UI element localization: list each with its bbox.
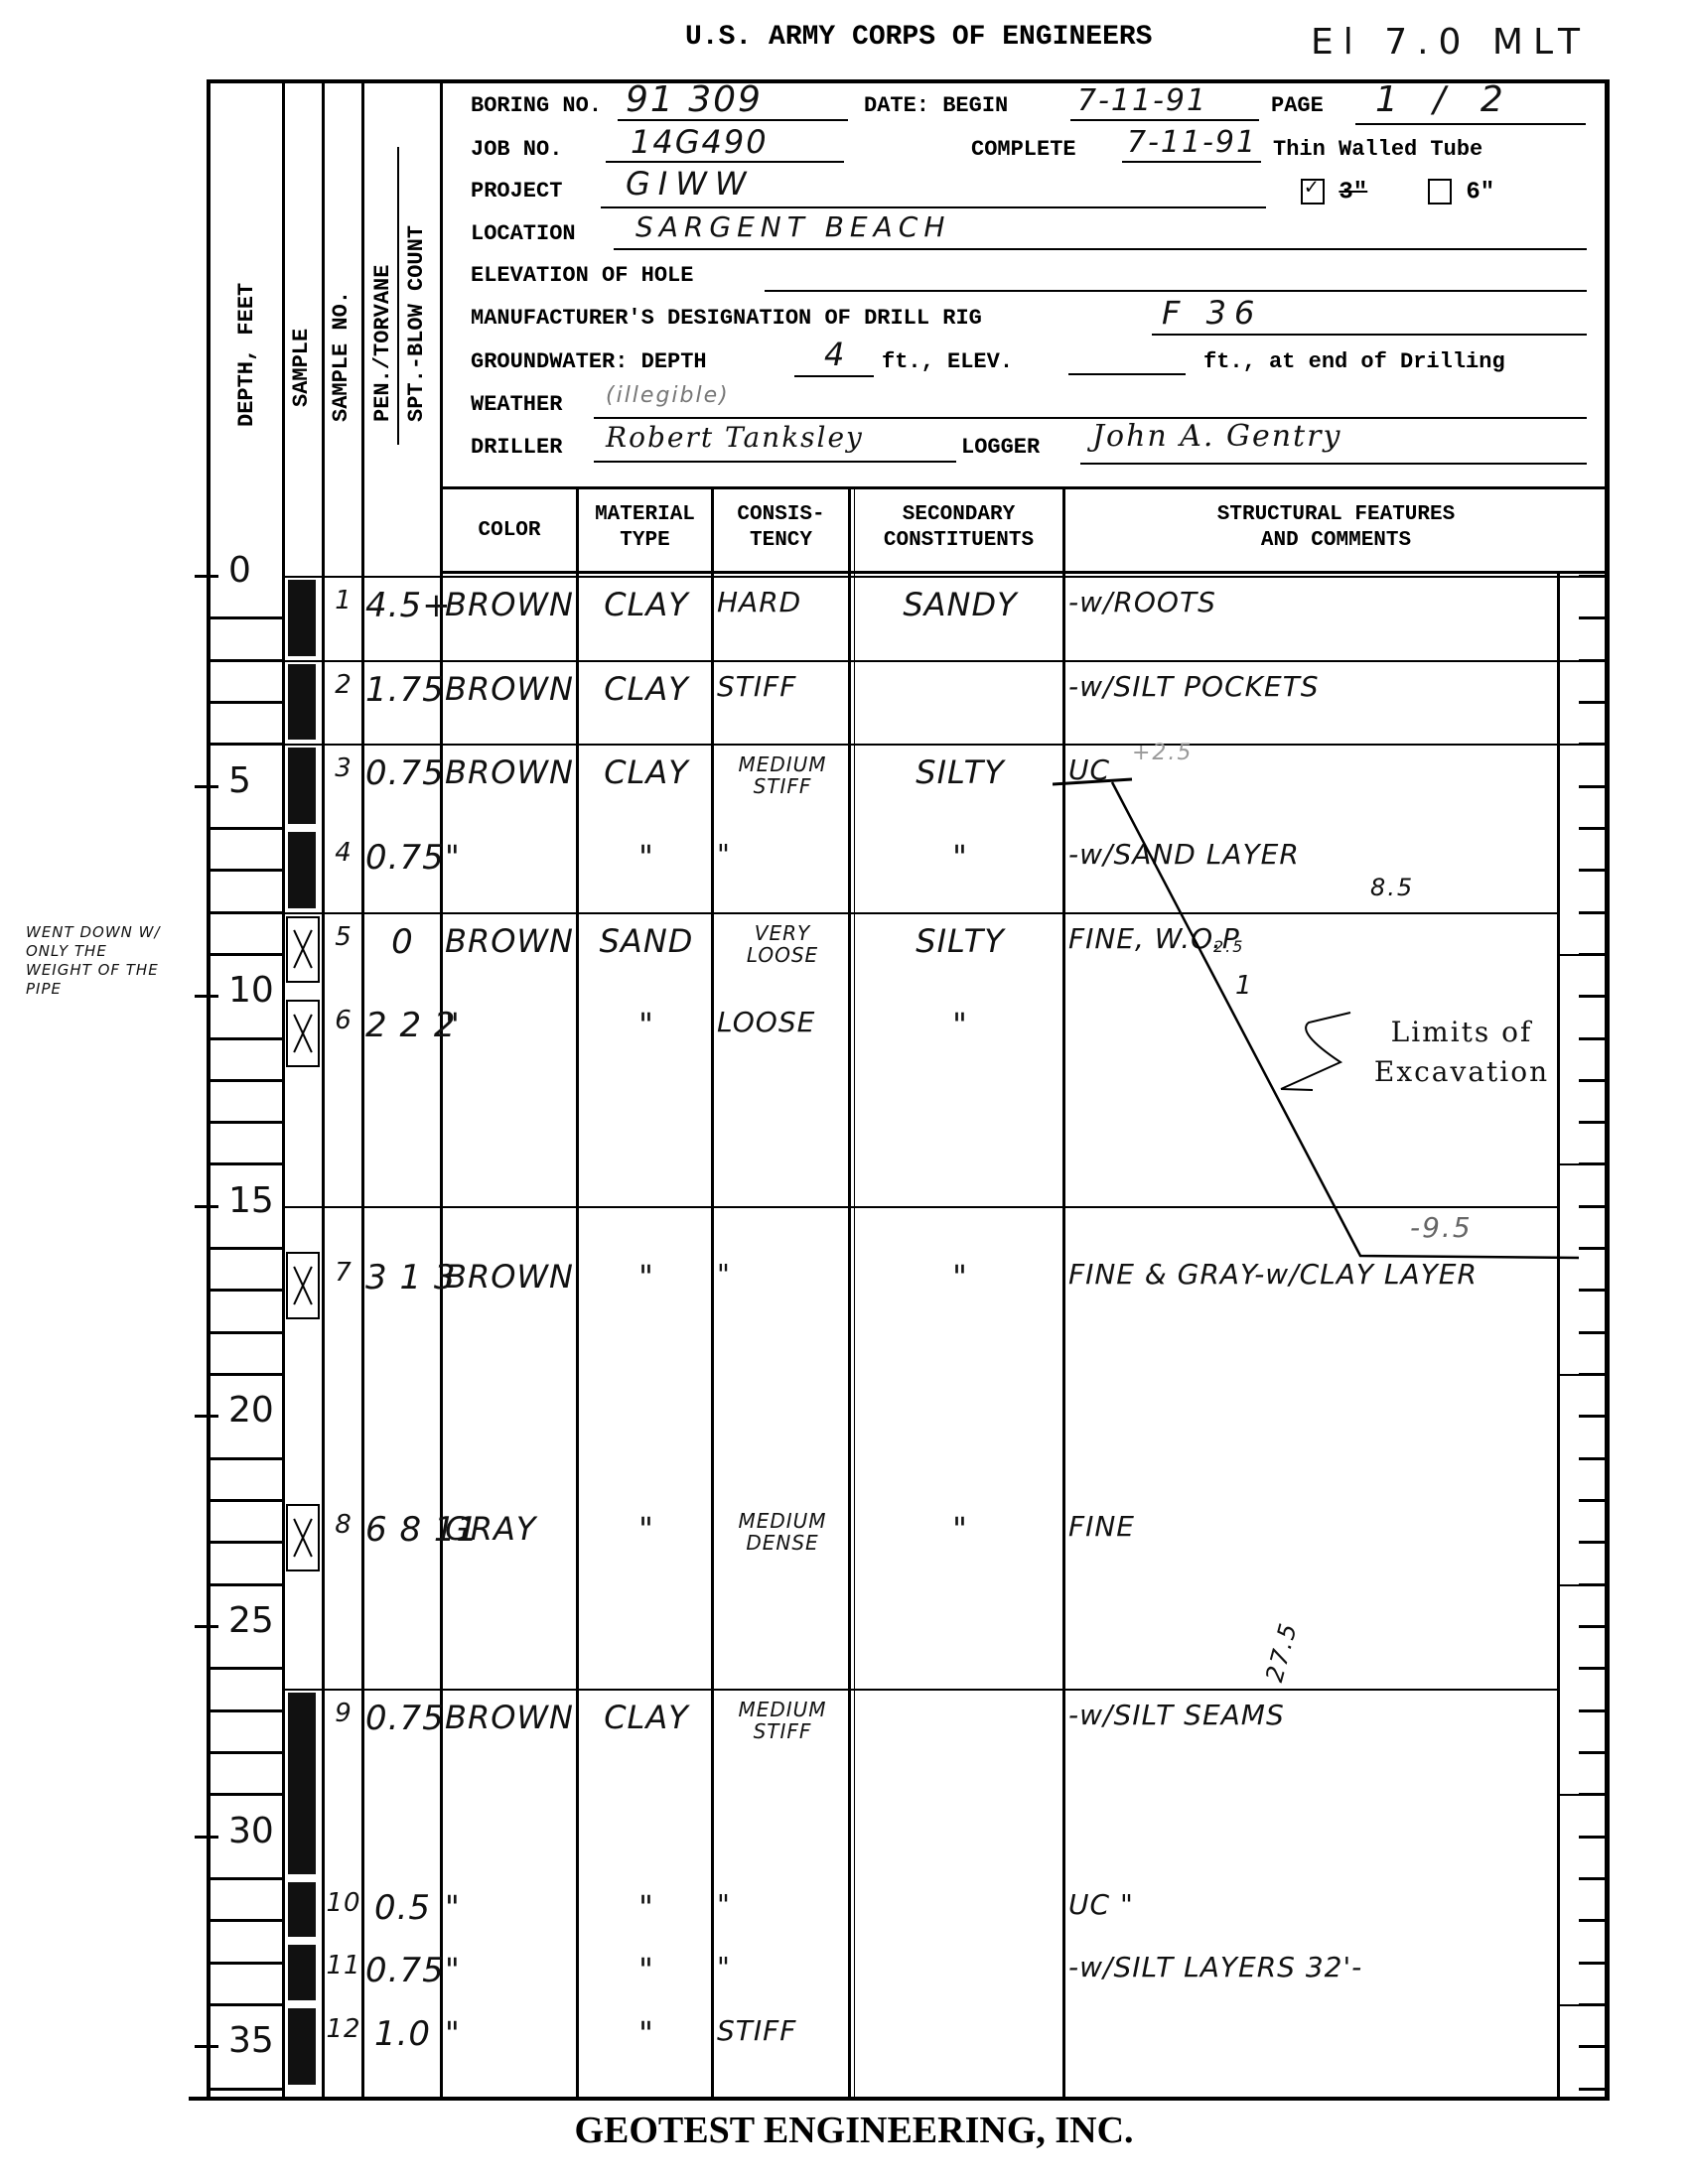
cell-pen: 0.75 — [365, 1699, 440, 1738]
job-no-underline — [606, 161, 844, 163]
scale-tick — [1579, 2045, 1605, 2048]
location-underline — [614, 248, 1587, 250]
spt-sample-marker — [286, 916, 320, 983]
tube-6in-label: 6" — [1466, 179, 1494, 205]
tube-sample-marker — [288, 1945, 316, 1999]
cell-material: SAND — [582, 922, 711, 960]
col-depth-header: DEPTH, FEET — [234, 283, 259, 427]
date-begin-label: DATE: BEGIN — [864, 93, 1008, 118]
cell-consistency: STIFF — [717, 670, 848, 703]
gw-end-label: ft., at end of Drilling — [1203, 349, 1505, 374]
scale-divider — [1557, 576, 1607, 578]
depth-tick — [211, 701, 282, 704]
cell-color: BROWN — [445, 922, 576, 960]
scale-tick — [1579, 1836, 1605, 1839]
col-pen-bottom-header: SPT.-BLOW COUNT — [404, 225, 429, 422]
tube-sample-marker — [288, 664, 316, 741]
cell-material: CLAY — [582, 670, 711, 708]
tube-6in-checkbox[interactable] — [1428, 179, 1452, 205]
logger-label: LOGGER — [961, 435, 1040, 460]
excavation-limit-line — [1053, 695, 1609, 1271]
scale-tick — [1579, 1289, 1605, 1292]
cell-consistency: HARD — [717, 586, 848, 618]
cell-color: " — [445, 2014, 576, 2052]
job-no-field[interactable]: 14G490 — [631, 123, 769, 161]
elev-annotation-d: 27.5 — [1260, 1619, 1303, 1686]
depth-label: 35 — [226, 2020, 276, 2061]
cell-pen: 0 — [365, 922, 440, 962]
driller-underline — [594, 461, 956, 463]
col-secondary-line1: SECONDARY — [855, 502, 1062, 528]
cell-consistency: " — [717, 1258, 848, 1291]
cell-pen: 2 2 2 — [365, 1006, 440, 1045]
depth-label: 20 — [226, 1390, 276, 1431]
cell-secondary: SANDY — [858, 586, 1062, 623]
tube-sample-marker — [288, 1882, 316, 1937]
table-header-top — [440, 486, 1609, 489]
divider-depth-sample — [282, 79, 285, 2101]
col-material-line1: MATERIAL — [579, 502, 711, 528]
depth-tick — [211, 1541, 282, 1544]
cell-secondary: SILTY — [858, 922, 1062, 960]
tube-sample-marker — [288, 748, 316, 824]
scale-tick — [1579, 1625, 1605, 1628]
cell-no: 9 — [326, 1699, 361, 1728]
depth-label: 10 — [226, 970, 276, 1011]
col-consistency-header: CONSIS- TENCY — [714, 502, 848, 554]
depth-tick — [211, 911, 282, 914]
depth-label: 30 — [226, 1811, 276, 1851]
cell-material: " — [582, 1006, 711, 1043]
col-sample-header: SAMPLE — [289, 329, 314, 407]
cell-color: " — [445, 1006, 576, 1043]
cell-no: 3 — [326, 753, 361, 783]
spt-sample-marker — [286, 1252, 320, 1318]
scale-tick — [1579, 1962, 1605, 1965]
cell-no: 6 — [326, 1006, 361, 1035]
scale-tick — [1579, 1751, 1605, 1754]
depth-tick — [195, 785, 218, 788]
scale-divider — [1557, 1584, 1607, 1586]
frame-bottom — [189, 2097, 1609, 2101]
depth-tick — [211, 1373, 282, 1376]
cell-material: CLAY — [582, 753, 711, 791]
drill-rig-label: MANUFACTURER'S DESIGNATION OF DRILL RIG — [471, 306, 982, 331]
cell-consistency: VERY LOOSE — [717, 922, 848, 966]
margin-note: WENT DOWN W/ ONLY THE WEIGHT OF THE PIPE — [26, 923, 175, 999]
depth-tick — [195, 1205, 218, 1208]
cell-no: 5 — [326, 922, 361, 952]
col-consistency-line1: CONSIS- — [714, 502, 848, 528]
cell-comments: -w/SILT SEAMS — [1068, 1699, 1555, 1731]
cell-color: BROWN — [445, 1258, 576, 1296]
scale-tick — [1579, 2088, 1605, 2091]
scale-tick — [1579, 1709, 1605, 1712]
cell-color: BROWN — [445, 586, 576, 623]
gw-elev-underline — [1068, 373, 1186, 375]
depth-tick — [195, 995, 218, 998]
col-consistency-line2: TENCY — [714, 528, 848, 554]
divider-color-material — [576, 486, 579, 2101]
scale-divider — [1557, 2004, 1607, 2006]
col-secondary-line2: CONSTITUENTS — [855, 528, 1062, 554]
divider-no-pen — [361, 79, 364, 2101]
scale-tick — [1579, 1919, 1605, 1922]
depth-tick — [211, 743, 282, 746]
depth-tick — [211, 827, 282, 830]
depth-label: 25 — [226, 1600, 276, 1641]
scale-tick — [1579, 1331, 1605, 1334]
depth-tick — [211, 1793, 282, 1796]
driller-field[interactable]: Robert Tanksley — [606, 421, 864, 454]
agency-title: U.S. ARMY CORPS OF ENGINEERS — [685, 22, 1152, 53]
tube-3in-option[interactable]: ✓ 3" — [1301, 179, 1367, 205]
page-field[interactable]: 1 / 2 — [1375, 79, 1515, 120]
depth-tick — [195, 1836, 218, 1839]
cell-material: " — [582, 838, 711, 876]
boring-no-label: BORING NO. — [471, 93, 602, 118]
tube-3in-label: 3" — [1339, 179, 1367, 205]
cell-material: " — [582, 1888, 711, 1926]
cell-no: 4 — [326, 838, 361, 868]
cell-secondary: " — [858, 1258, 1062, 1296]
cell-color: BROWN — [445, 670, 576, 708]
groundwater-depth-field[interactable]: 4 — [824, 336, 846, 373]
scale-tick — [1579, 1541, 1605, 1544]
cell-no: 7 — [326, 1258, 361, 1288]
depth-tick — [211, 1919, 282, 1922]
col-pen-top-header: PEN./TORVANE — [370, 265, 395, 422]
cell-color: GRAY — [445, 1510, 576, 1548]
weather-field[interactable]: (illegible) — [606, 383, 730, 408]
company-footer: GEOTEST ENGINEERING, INC. — [556, 2109, 1152, 2152]
col-color-header: COLOR — [443, 518, 576, 544]
cell-color: " — [445, 1951, 576, 1988]
depth-tick — [211, 869, 282, 872]
depth-tick — [211, 2003, 282, 2006]
page-label: PAGE — [1271, 93, 1324, 118]
elevation-label: ELEVATION OF HOLE — [471, 263, 693, 288]
depth-tick — [211, 1457, 282, 1460]
scale-divider — [1557, 660, 1607, 662]
location-field[interactable]: SARGENT BEACH — [635, 210, 950, 243]
elevation-annotation: El 7.0 MLT — [1311, 22, 1590, 63]
cell-consistency: STIFF — [717, 2014, 848, 2047]
depth-tick — [211, 1962, 282, 1965]
tube-3in-checkbox[interactable]: ✓ — [1301, 179, 1325, 205]
cell-comments: FINE — [1068, 1510, 1555, 1543]
cell-consistency: MEDIUM STIFF — [717, 753, 848, 797]
cell-consistency: " — [717, 1888, 848, 1921]
drill-rig-field[interactable]: F 36 — [1162, 294, 1262, 332]
job-no-label: JOB NO. — [471, 137, 562, 162]
date-begin-underline — [1070, 119, 1259, 121]
cell-pen: 6 8 11 — [365, 1510, 440, 1550]
project-label: PROJECT — [471, 179, 562, 204]
row-divider — [282, 660, 1559, 662]
depth-label: 15 — [226, 1180, 276, 1221]
tube-sample-marker — [288, 832, 316, 908]
logger-field[interactable]: John A. Gentry — [1092, 419, 1341, 454]
cell-secondary: SILTY — [858, 753, 1062, 791]
depth-tick — [211, 1079, 282, 1082]
cell-secondary: " — [858, 1510, 1062, 1548]
cell-color: " — [445, 838, 576, 876]
scale-divider — [1557, 1794, 1607, 1796]
scale-tick — [1579, 1457, 1605, 1460]
cell-pen: 0.5 — [365, 1888, 440, 1928]
cell-material: " — [582, 1258, 711, 1296]
depth-tick — [195, 1625, 218, 1628]
cell-consistency: " — [717, 1951, 848, 1983]
pen-header-divider — [397, 147, 399, 445]
col-structural-line2: AND COMMENTS — [1065, 528, 1607, 554]
tube-label: Thin Walled Tube — [1273, 137, 1482, 162]
depth-label: 5 — [226, 760, 253, 801]
cell-pen: 3 1 3 — [365, 1258, 440, 1297]
depth-tick — [211, 953, 282, 956]
cell-color: BROWN — [445, 1699, 576, 1736]
depth-tick — [195, 2045, 218, 2048]
elevation-underline — [765, 290, 1587, 292]
col-secondary-header: SECONDARY CONSTITUENTS — [855, 502, 1062, 554]
date-begin-field[interactable]: 7-11-91 — [1077, 83, 1207, 118]
spt-sample-marker — [286, 1000, 320, 1066]
cell-color: BROWN — [445, 753, 576, 791]
project-field[interactable]: GIWW — [626, 165, 755, 203]
cell-no: 2 — [326, 670, 361, 700]
depth-tick — [211, 1709, 282, 1712]
tube-sample-marker — [288, 2008, 316, 2085]
divider-consistency-secondary — [848, 486, 851, 2101]
depth-tick — [211, 1247, 282, 1250]
divider-sample-no — [322, 79, 325, 2101]
col-material-line2: TYPE — [579, 528, 711, 554]
cell-pen: 4.5+ — [365, 586, 440, 625]
complete-underline — [1122, 161, 1261, 163]
complete-label: COMPLETE — [971, 137, 1076, 162]
depth-tick — [211, 1667, 282, 1670]
cell-consistency: LOOSE — [717, 1006, 848, 1038]
boring-no-field[interactable]: 91 309 — [626, 79, 763, 120]
cell-material: " — [582, 2014, 711, 2052]
depth-tick — [211, 1583, 282, 1586]
cell-no: 1 — [326, 586, 361, 615]
tube-sample-marker — [288, 580, 316, 656]
cell-consistency: MEDIUM STIFF — [717, 1699, 848, 1742]
spt-sample-marker — [286, 1504, 320, 1570]
cell-material: " — [582, 1951, 711, 1988]
divider-consistency-secondary-b — [854, 486, 855, 2101]
depth-tick — [211, 2088, 282, 2091]
cell-pen: 1.0 — [365, 2014, 440, 2054]
cell-pen: 1.75 — [365, 670, 440, 710]
page-underline — [1355, 123, 1586, 125]
depth-tick — [211, 1877, 282, 1880]
scale-tick — [1579, 1877, 1605, 1880]
logger-underline — [1080, 463, 1587, 465]
depth-tick — [211, 659, 282, 662]
complete-field[interactable]: 7-11-91 — [1127, 125, 1257, 160]
frame-left — [207, 79, 211, 2101]
cell-pen: 0.75 — [365, 753, 440, 793]
cell-material: CLAY — [582, 586, 711, 623]
weather-label: WEATHER — [471, 392, 562, 417]
tube-6in-option[interactable]: 6" — [1428, 179, 1494, 205]
scale-tick — [1579, 1415, 1605, 1418]
tube-sample-marker — [288, 1693, 316, 1873]
divider-pen-color — [440, 79, 443, 2101]
cell-secondary: " — [858, 838, 1062, 876]
depth-tick — [195, 1415, 218, 1418]
col-sample-no-header: SAMPLE NO. — [329, 291, 353, 422]
cell-pen: 0.75 — [365, 1951, 440, 1990]
col-material-header: MATERIAL TYPE — [579, 502, 711, 554]
gw-depth-underline — [794, 375, 874, 377]
driller-label: DRILLER — [471, 435, 562, 460]
cell-no: 12 — [326, 2014, 361, 2044]
project-underline — [601, 206, 1266, 208]
cell-material: CLAY — [582, 1699, 711, 1736]
scale-tick — [1579, 1499, 1605, 1502]
cell-consistency: MEDIUM DENSE — [717, 1510, 848, 1554]
location-label: LOCATION — [471, 221, 576, 246]
cell-comments: -w/ROOTS — [1068, 586, 1555, 618]
depth-tick — [211, 1499, 282, 1502]
depth-tick — [211, 1121, 282, 1124]
depth-tick — [211, 616, 282, 619]
row-divider — [282, 1689, 1559, 1691]
depth-tick — [195, 575, 218, 578]
gw-ft-label: ft., ELEV. — [882, 349, 1013, 374]
depth-tick — [211, 1162, 282, 1165]
cell-comments: UC " — [1068, 1888, 1555, 1921]
weather-underline — [594, 417, 1587, 419]
divider-material-consistency — [711, 486, 714, 2101]
drill-rig-underline — [1152, 334, 1587, 336]
table-header-bottom — [440, 571, 1609, 574]
depth-tick — [211, 1331, 282, 1334]
cell-no: 8 — [326, 1510, 361, 1540]
cell-consistency: " — [717, 838, 848, 871]
scale-tick — [1579, 1667, 1605, 1670]
cell-material: " — [582, 1510, 711, 1548]
depth-label: 0 — [226, 550, 253, 591]
cell-pen: 0.75 — [365, 838, 440, 878]
depth-tick — [211, 1037, 282, 1040]
cell-comments: -w/SILT LAYERS 32'- — [1068, 1951, 1555, 1983]
scale-tick — [1579, 616, 1605, 619]
cell-secondary: " — [858, 1006, 1062, 1043]
depth-tick — [211, 1751, 282, 1754]
scale-divider — [1557, 1374, 1607, 1376]
col-structural-line1: STRUCTURAL FEATURES — [1065, 502, 1607, 528]
row-divider — [282, 576, 1559, 578]
depth-tick — [211, 1289, 282, 1292]
boring-no-underline — [618, 119, 848, 121]
col-structural-header: STRUCTURAL FEATURES AND COMMENTS — [1065, 502, 1607, 554]
cell-color: " — [445, 1888, 576, 1926]
cell-no: 11 — [326, 1951, 361, 1980]
groundwater-label: GROUNDWATER: DEPTH — [471, 349, 707, 374]
cell-no: 10 — [326, 1888, 361, 1918]
